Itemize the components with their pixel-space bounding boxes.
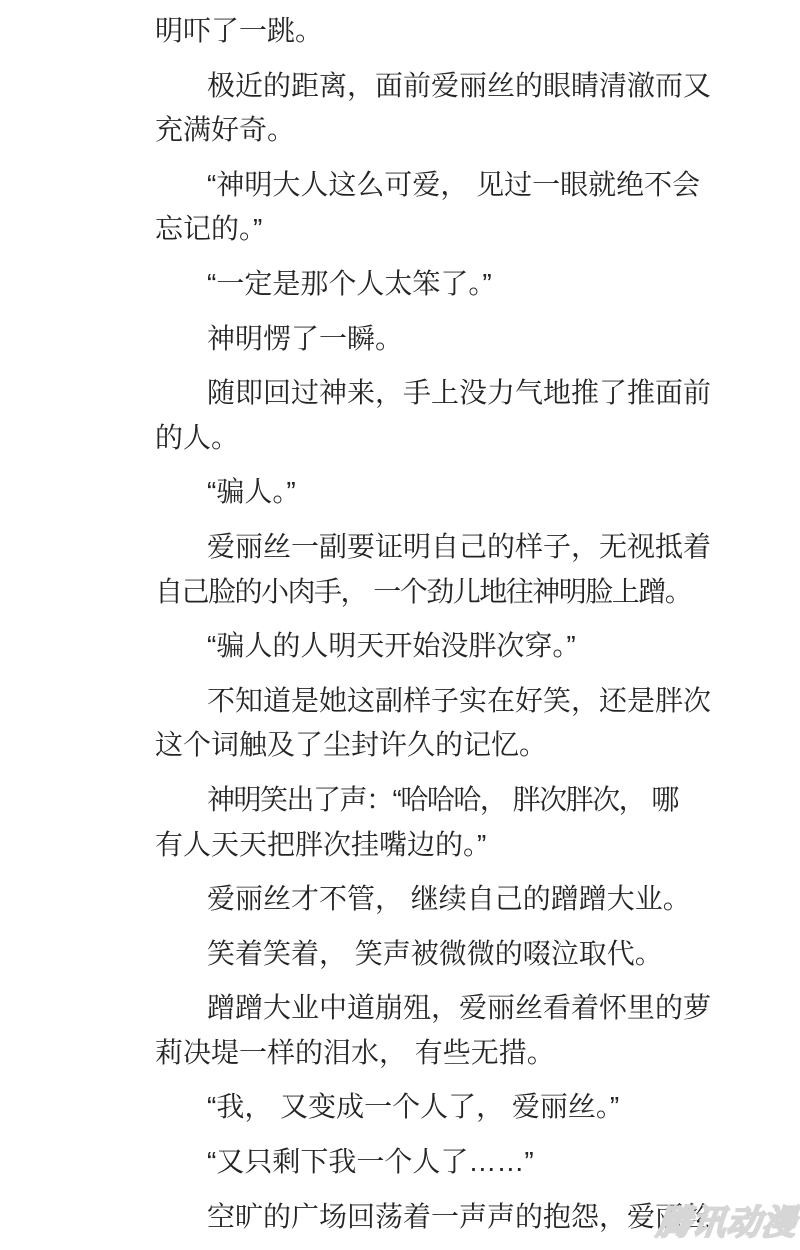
text-line: 爱丽丝一副要证明自己的样子，无视抵着: [155, 525, 795, 570]
text-line: “骗人。”: [155, 470, 795, 515]
text-line: 蹭蹭大业中道崩殂，爱丽丝看着怀里的萝: [155, 986, 795, 1031]
text-line: “骗人的人明天开始没胖次穿。”: [155, 624, 795, 669]
text-line: 这个词触及了尘封许久的记忆。: [155, 723, 795, 768]
paragraph: “一定是那个人太笨了。”: [155, 262, 795, 307]
text-line: 明吓了一跳。: [155, 9, 795, 54]
paragraph: 蹭蹭大业中道崩殂，爱丽丝看着怀里的萝莉决堤一样的泪水， 有些无措。: [155, 986, 795, 1075]
paragraph: 明吓了一跳。: [155, 9, 795, 54]
text-line: 神明笑出了声：“哈哈哈， 胖次胖次， 哪: [155, 778, 795, 823]
text-line: 的人。: [155, 416, 795, 461]
paragraph: 神明笑出了声：“哈哈哈， 胖次胖次， 哪有人天天把胖次挂嘴边的。”: [155, 778, 795, 867]
text-line: “又只剩下我一个人了……”: [155, 1140, 795, 1185]
text-line: 莉决堤一样的泪水， 有些无措。: [155, 1031, 795, 1076]
paragraph: 笑着笑着， 笑声被微微的啜泣取代。: [155, 932, 795, 977]
tencent-comics-watermark: 腾讯动漫: [654, 1195, 799, 1244]
paragraph: 爱丽丝一副要证明自己的样子，无视抵着自己脸的小肉手， 一个劲儿地往神明脸上蹭。: [155, 525, 795, 614]
text-line: 神明愣了一瞬。: [155, 317, 795, 362]
text-line: 有人天天把胖次挂嘴边的。”: [155, 823, 795, 868]
text-line: “我， 又变成一个人了， 爱丽丝。”: [155, 1085, 795, 1130]
chapter-text: 明吓了一跳。极近的距离，面前爱丽丝的眼睛清澈而又充满好奇。“神明大人这么可爱， …: [155, 9, 795, 1249]
paragraph: “又只剩下我一个人了……”: [155, 1140, 795, 1185]
paragraph: 神明愣了一瞬。: [155, 317, 795, 362]
text-line: 充满好奇。: [155, 108, 795, 153]
paragraph: 爱丽丝才不管， 继续自己的蹭蹭大业。: [155, 877, 795, 922]
text-line: 自己脸的小肉手， 一个劲儿地往神明脸上蹭。: [155, 570, 795, 615]
text-line: 爱丽丝才不管， 继续自己的蹭蹭大业。: [155, 877, 795, 922]
text-line: 极近的距离，面前爱丽丝的眼睛清澈而又: [155, 64, 795, 109]
paragraph: “我， 又变成一个人了， 爱丽丝。”: [155, 1085, 795, 1130]
novel-reader-page: 明吓了一跳。极近的距离，面前爱丽丝的眼睛清澈而又充满好奇。“神明大人这么可爱， …: [0, 0, 800, 1250]
paragraph: “骗人。”: [155, 470, 795, 515]
text-line: 笑着笑着， 笑声被微微的啜泣取代。: [155, 932, 795, 977]
reader-page-body: { "page": { "background_color": "#ffffff…: [0, 0, 800, 1250]
text-line: 忘记的。”: [155, 207, 795, 252]
paragraph: 极近的距离，面前爱丽丝的眼睛清澈而又充满好奇。: [155, 64, 795, 153]
paragraph: “神明大人这么可爱， 见过一眼就绝不会忘记的。”: [155, 163, 795, 252]
paragraph: 不知道是她这副样子实在好笑，还是胖次这个词触及了尘封许久的记忆。: [155, 679, 795, 768]
paragraph: 随即回过神来，手上没力气地推了推面前的人。: [155, 371, 795, 460]
text-line: 随即回过神来，手上没力气地推了推面前: [155, 371, 795, 416]
paragraph: “骗人的人明天开始没胖次穿。”: [155, 624, 795, 669]
text-line: “神明大人这么可爱， 见过一眼就绝不会: [155, 163, 795, 208]
text-line: “一定是那个人太笨了。”: [155, 262, 795, 307]
text-line: 不知道是她这副样子实在好笑，还是胖次: [155, 679, 795, 724]
